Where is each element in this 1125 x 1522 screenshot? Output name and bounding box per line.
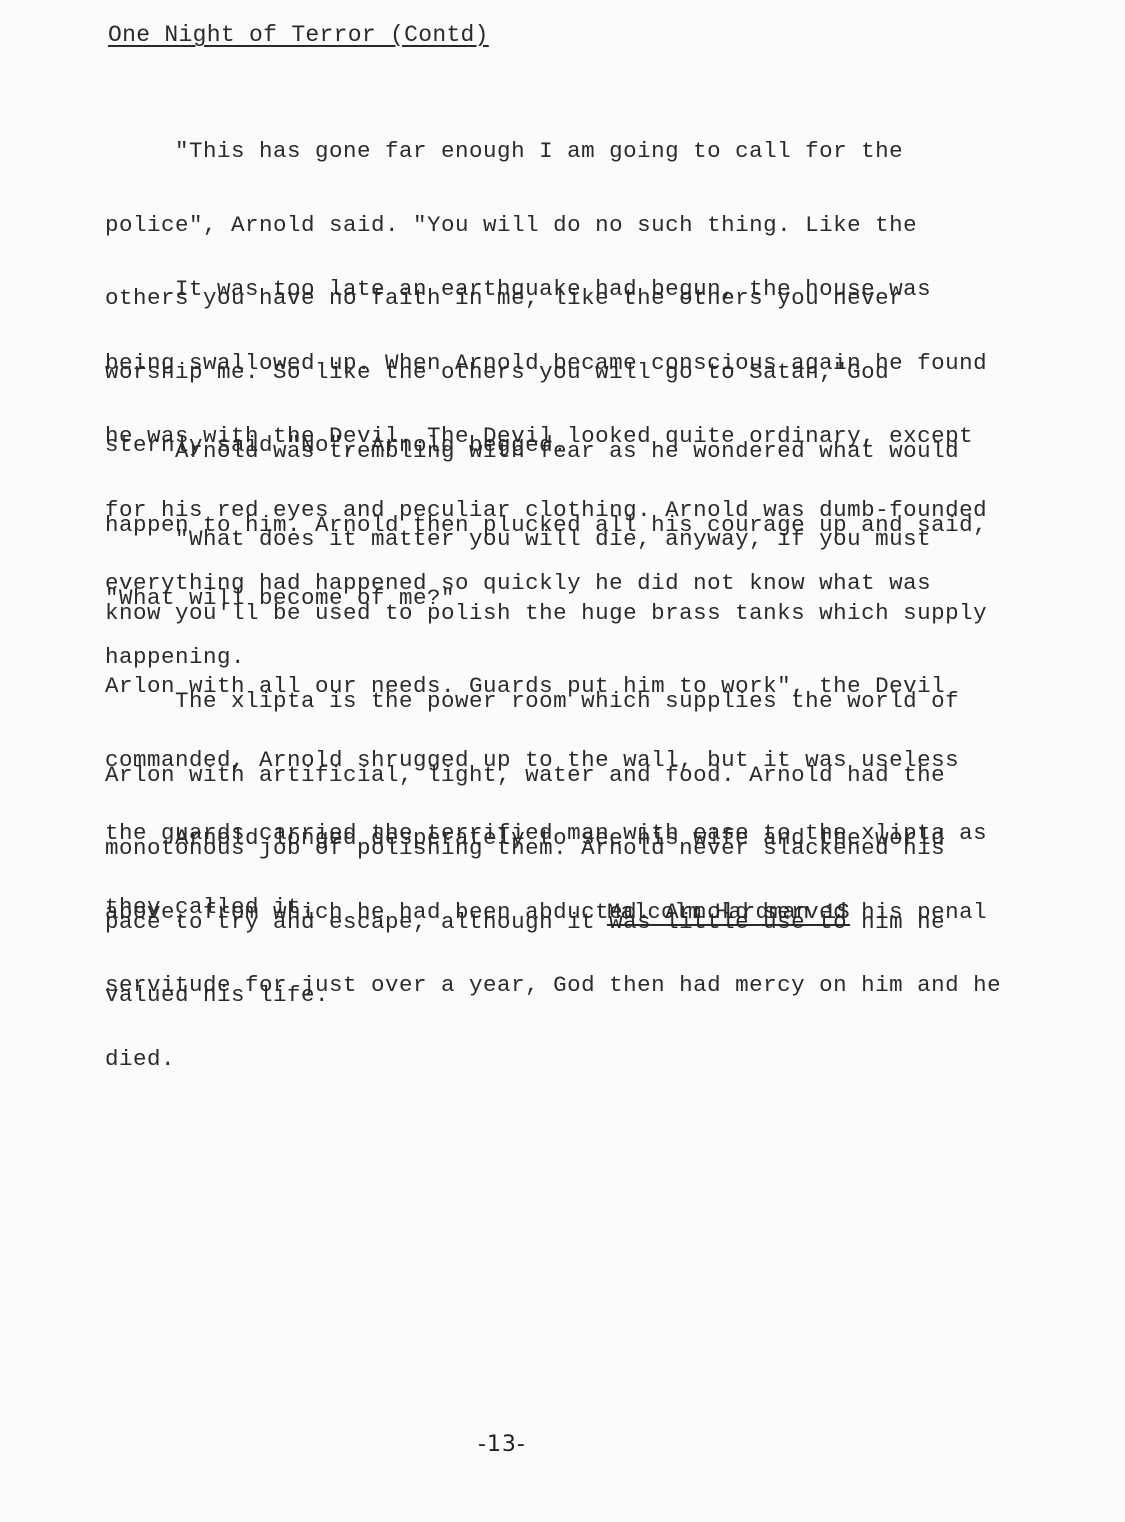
text-line: servitude for just over a year, God then… (105, 973, 1001, 998)
text-line: Arnold longed desperately to see his wif… (105, 826, 1001, 851)
text-line: "What does it matter you will die, anywa… (105, 527, 987, 552)
text-line: The xlipta is the power room which suppl… (105, 689, 959, 714)
document-page: One Night of Terror (Contd) "This has go… (0, 0, 1125, 1522)
text-line: above, from which he had been abducted. … (105, 900, 1001, 925)
author-signature: Malcolm Hardman 1S (607, 900, 850, 925)
story-title: One Night of Terror (Contd) (108, 22, 489, 48)
text-line: It was too late an earthquake had begun,… (105, 277, 987, 302)
text-line: Arnold was trembling with fear as he won… (105, 439, 987, 464)
text-line: know you'll be used to polish the huge b… (105, 601, 987, 626)
text-line: being swallowed up. When Arnold became c… (105, 351, 987, 376)
page-number: -13- (478, 1432, 526, 1457)
text-line: died. (105, 1047, 1001, 1072)
paragraph-6: Arnold longed desperately to see his wif… (105, 777, 1001, 1120)
text-line: "This has gone far enough I am going to … (105, 139, 917, 164)
